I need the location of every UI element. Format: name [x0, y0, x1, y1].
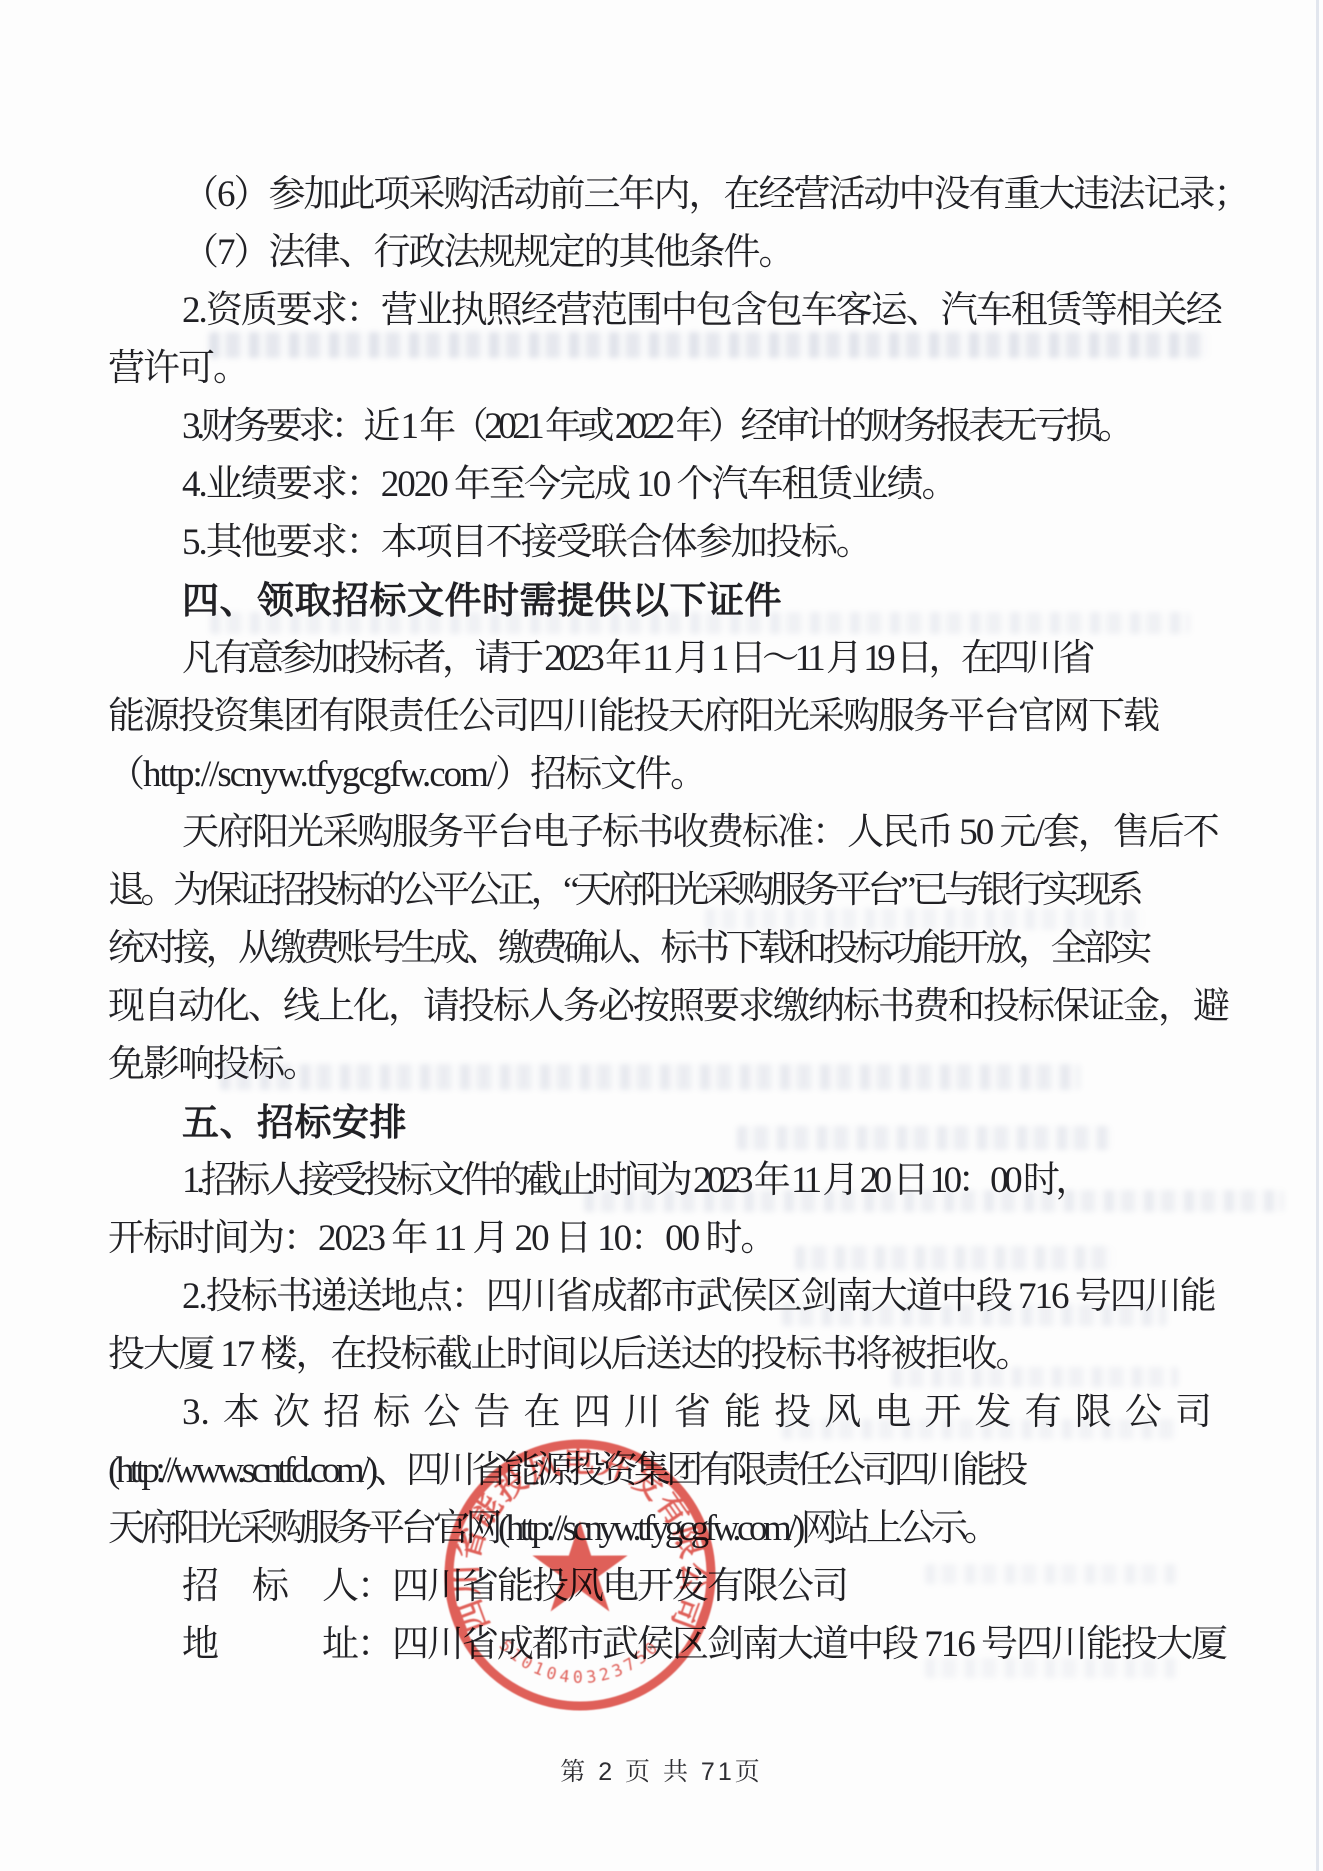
section-heading: 五、招标安排	[108, 1094, 1212, 1152]
text-line: 营许可。	[108, 340, 1212, 398]
text-line: 能源投资集团有限责任公司四川能投天府阳光采购服务平台官网下载	[108, 688, 1212, 746]
text-line: 2.资质要求：营业执照经营范围中包含包车客运、汽车租赁等相关经	[108, 282, 1212, 340]
scan-edge-line	[1316, 0, 1319, 1871]
company-seal: 四川省能投风电开发有限公司 5101040323750	[442, 1437, 718, 1713]
scanned-document-page: （6）参加此项采购活动前三年内，在经营活动中没有重大违法记录； （7）法律、行政…	[0, 0, 1323, 1871]
text-line: （http://scnyw.tfygcgfw.com/）招标文件。	[108, 746, 1212, 804]
text-line: 免影响投标。	[108, 1036, 1212, 1094]
text-line: 投大厦 17 楼，在投标截止时间以后送达的投标书将被拒收。	[108, 1326, 1212, 1384]
text-line: 3.财务要求：近 1 年（2021 年或 2022 年）经审计的财务报表无亏损。	[108, 398, 1212, 456]
text-line: 凡有意参加投标者，请于 2023 年 11 月 1 日～11 月 19 日，在四…	[108, 630, 1212, 688]
text-line: 现自动化、线上化，请投标人务必按照要求缴纳标书费和投标保证金，避	[108, 978, 1212, 1036]
text-line: 天府阳光采购服务平台电子标书收费标准：人民币 50 元/套，售后不	[108, 804, 1212, 862]
text-line: （7）法律、行政法规规定的其他条件。	[108, 224, 1212, 282]
text-line: 2.投标书递送地点：四川省成都市武侯区剑南大道中段 716 号四川能	[108, 1268, 1212, 1326]
text-line: 5.其他要求：本项目不接受联合体参加投标。	[108, 514, 1212, 572]
section-heading: 四、领取招标文件时需提供以下证件	[108, 572, 1212, 630]
text-line: （6）参加此项采购活动前三年内，在经营活动中没有重大违法记录；	[108, 166, 1212, 224]
text-line: 3.本次招标公告在四川省能投风电开发有限公司	[108, 1384, 1212, 1442]
seal-number-text: 5101040323750	[496, 1636, 665, 1687]
text-line: 统对接，从缴费账号生成、缴费确认、标书下载和投标功能开放，全部实	[108, 920, 1212, 978]
text-line: 4.业绩要求：2020 年至今完成 10 个汽车租赁业绩。	[108, 456, 1212, 514]
text-line: 开标时间为：2023 年 11 月 20 日 10：00 时。	[108, 1210, 1212, 1268]
seal-star-icon	[532, 1521, 627, 1612]
page-number: 第 2 页 共 71页	[0, 1752, 1323, 1786]
text-line: 1.招标人接受投标文件的截止时间为 2023 年 11 月 20 日 10：00…	[108, 1152, 1212, 1210]
text-line: 退。为保证招投标的公平公正，“天府阳光采购服务平台”已与银行实现系	[108, 862, 1212, 920]
